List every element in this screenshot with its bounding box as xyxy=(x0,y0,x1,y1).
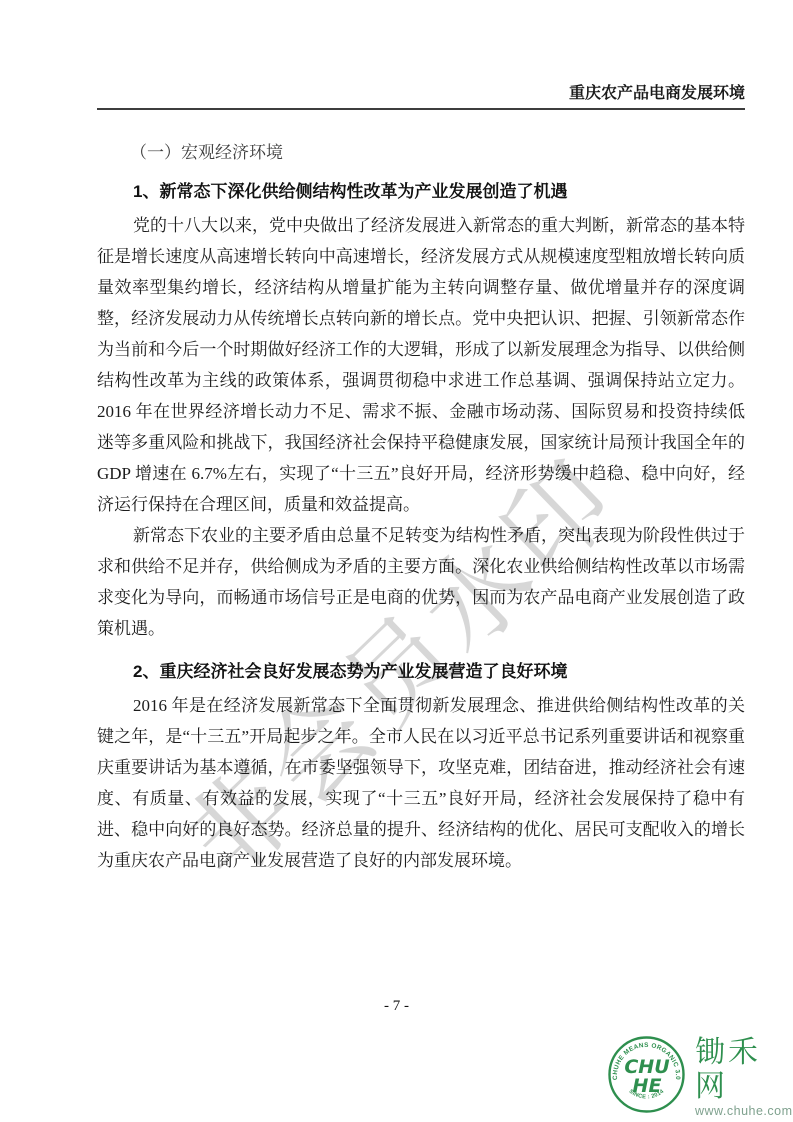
logo-text-block: 锄禾网 www.chuhe.com xyxy=(695,1036,793,1119)
section-heading: （一）宏观经济环境 xyxy=(97,140,745,166)
paragraph-2: 新常态下农业的主要矛盾由总量不足转变为结构性矛盾，突出表现为阶段性供过于求和供给… xyxy=(97,520,745,644)
site-name: 锄禾网 xyxy=(695,1036,793,1104)
sub-heading-2: 2、重庆经济社会良好发展态势为产业发展营造了良好环境 xyxy=(97,659,745,685)
document-body: （一）宏观经济环境 1、新常态下深化供给侧结构性改革为产业发展创造了机遇 党的十… xyxy=(97,140,745,876)
page-header: 重庆农产品电商发展环境 xyxy=(97,84,745,110)
chuhe-stamp-icon: CHUHE MEANS ORGANIC 3.0 SINCE : 2014 CHU… xyxy=(607,1035,686,1119)
paragraph-1: 党的十八大以来，党中央做出了经济发展进入新常态的重大判断，新常态的基本特征是增长… xyxy=(97,210,745,520)
sub-heading-1: 1、新常态下深化供给侧结构性改革为产业发展创造了机遇 xyxy=(97,179,745,205)
stamp-he-text: HE xyxy=(633,1075,662,1097)
page-number: - 7 - xyxy=(0,998,793,1015)
chuhe-logo: CHUHE MEANS ORGANIC 3.0 SINCE : 2014 CHU… xyxy=(607,1035,793,1119)
site-url: www.chuhe.com xyxy=(695,1104,793,1119)
header-title: 重庆农产品电商发展环境 xyxy=(569,85,745,102)
document-page: 非会员水印 重庆农产品电商发展环境 （一）宏观经济环境 1、新常态下深化供给侧结… xyxy=(0,0,793,1122)
paragraph-3: 2016 年是在经济发展新常态下全面贯彻新发展理念、推进供给侧结构性改革的关键之… xyxy=(97,690,745,876)
